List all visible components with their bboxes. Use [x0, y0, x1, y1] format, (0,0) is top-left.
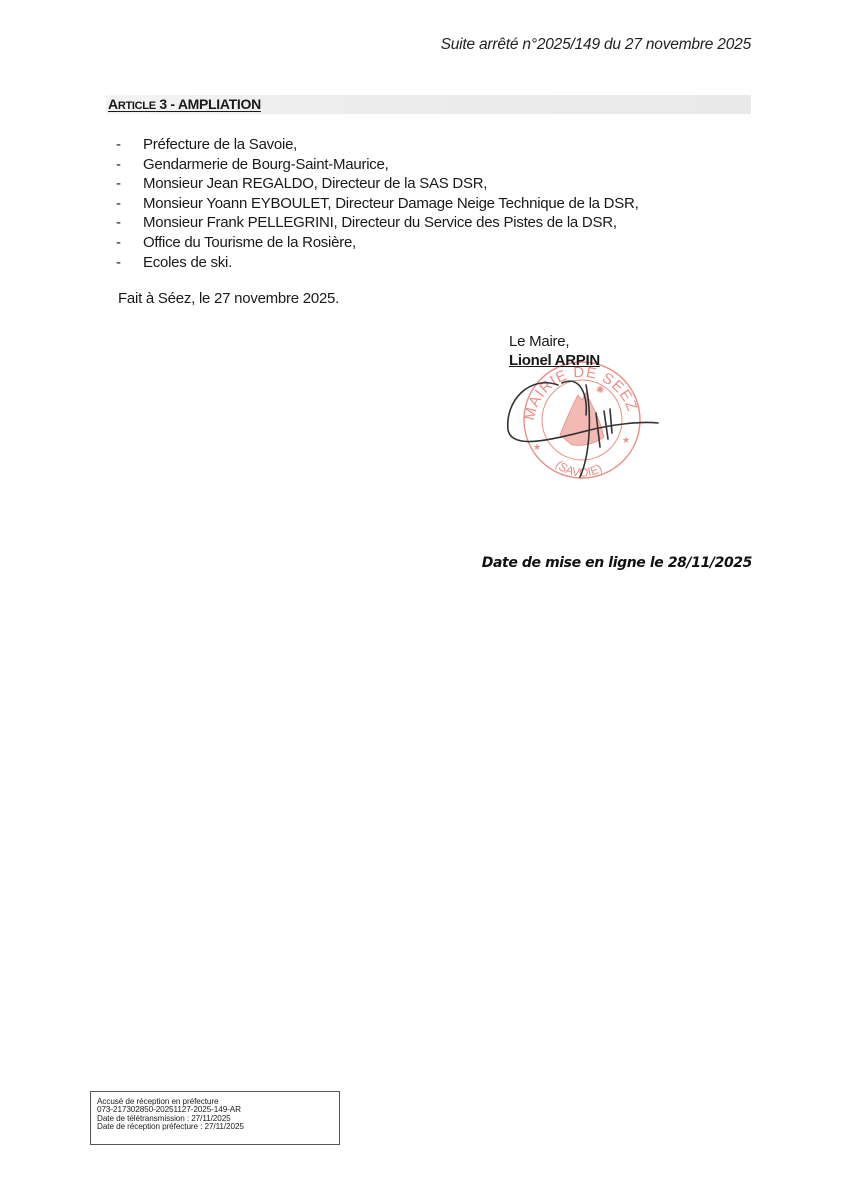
signature-block: Le Maire, Lionel ARPIN — [509, 332, 600, 370]
online-publication-date: Date de mise en ligne le 28/11/2025 — [482, 555, 752, 571]
recipient-item: -Gendarmerie de Bourg-Saint-Maurice, — [116, 155, 639, 175]
recipient-text: Préfecture de la Savoie, — [143, 135, 297, 155]
recipient-text: Monsieur Jean REGALDO, Directeur de la S… — [143, 174, 487, 194]
place-and-date: Fait à Séez, le 27 novembre 2025. — [118, 290, 339, 307]
signatory-name: Lionel ARPIN — [509, 351, 600, 370]
recipient-item: -Monsieur Yoann EYBOULET, Directeur Dama… — [116, 194, 639, 214]
mayor-stamp-and-signature: MAIRIE DE SEEZ (SAVOIE) ★ ★ ✺ — [500, 355, 660, 485]
recipient-item: -Ecoles de ski. — [116, 253, 639, 273]
list-bullet: - — [116, 233, 143, 253]
recipient-text: Office du Tourisme de la Rosière, — [143, 233, 356, 253]
signatory-role: Le Maire, — [509, 332, 600, 351]
recipient-item: -Monsieur Jean REGALDO, Directeur de la … — [116, 174, 639, 194]
receipt-line: Date de réception préfecture : 27/11/202… — [97, 1123, 339, 1131]
article-heading: ARTICLE 3 - AMPLIATION — [108, 96, 261, 112]
article-heading-number: 3 - AMPLIATION — [156, 96, 261, 112]
svg-text:(SAVOIE): (SAVOIE) — [553, 457, 605, 479]
list-bullet: - — [116, 174, 143, 194]
recipient-list: -Préfecture de la Savoie,-Gendarmerie de… — [116, 135, 639, 272]
official-stamp-icon: MAIRIE DE SEEZ (SAVOIE) ★ ★ ✺ — [521, 362, 641, 480]
recipient-item: -Préfecture de la Savoie, — [116, 135, 639, 155]
svg-text:★: ★ — [622, 435, 630, 445]
svg-text:★: ★ — [533, 442, 541, 452]
recipient-text: Gendarmerie de Bourg-Saint-Maurice, — [143, 155, 389, 175]
recipient-text: Monsieur Yoann EYBOULET, Directeur Damag… — [143, 194, 639, 214]
prefecture-receipt-box: Accusé de réception en préfecture073-217… — [90, 1091, 340, 1145]
list-bullet: - — [116, 155, 143, 175]
decree-reference: Suite arrêté n°2025/149 du 27 novembre 2… — [441, 36, 751, 54]
list-bullet: - — [116, 135, 143, 155]
recipient-text: Monsieur Frank PELLEGRINI, Directeur du … — [143, 213, 617, 233]
list-bullet: - — [116, 253, 143, 273]
svg-text:✺: ✺ — [596, 385, 604, 396]
recipient-item: -Monsieur Frank PELLEGRINI, Directeur du… — [116, 213, 639, 233]
list-bullet: - — [116, 194, 143, 214]
article-heading-initial: A — [108, 96, 118, 112]
recipient-item: -Office du Tourisme de la Rosière, — [116, 233, 639, 253]
list-bullet: - — [116, 213, 143, 233]
recipient-text: Ecoles de ski. — [143, 253, 232, 273]
article-heading-smallcaps: RTICLE — [118, 100, 156, 112]
